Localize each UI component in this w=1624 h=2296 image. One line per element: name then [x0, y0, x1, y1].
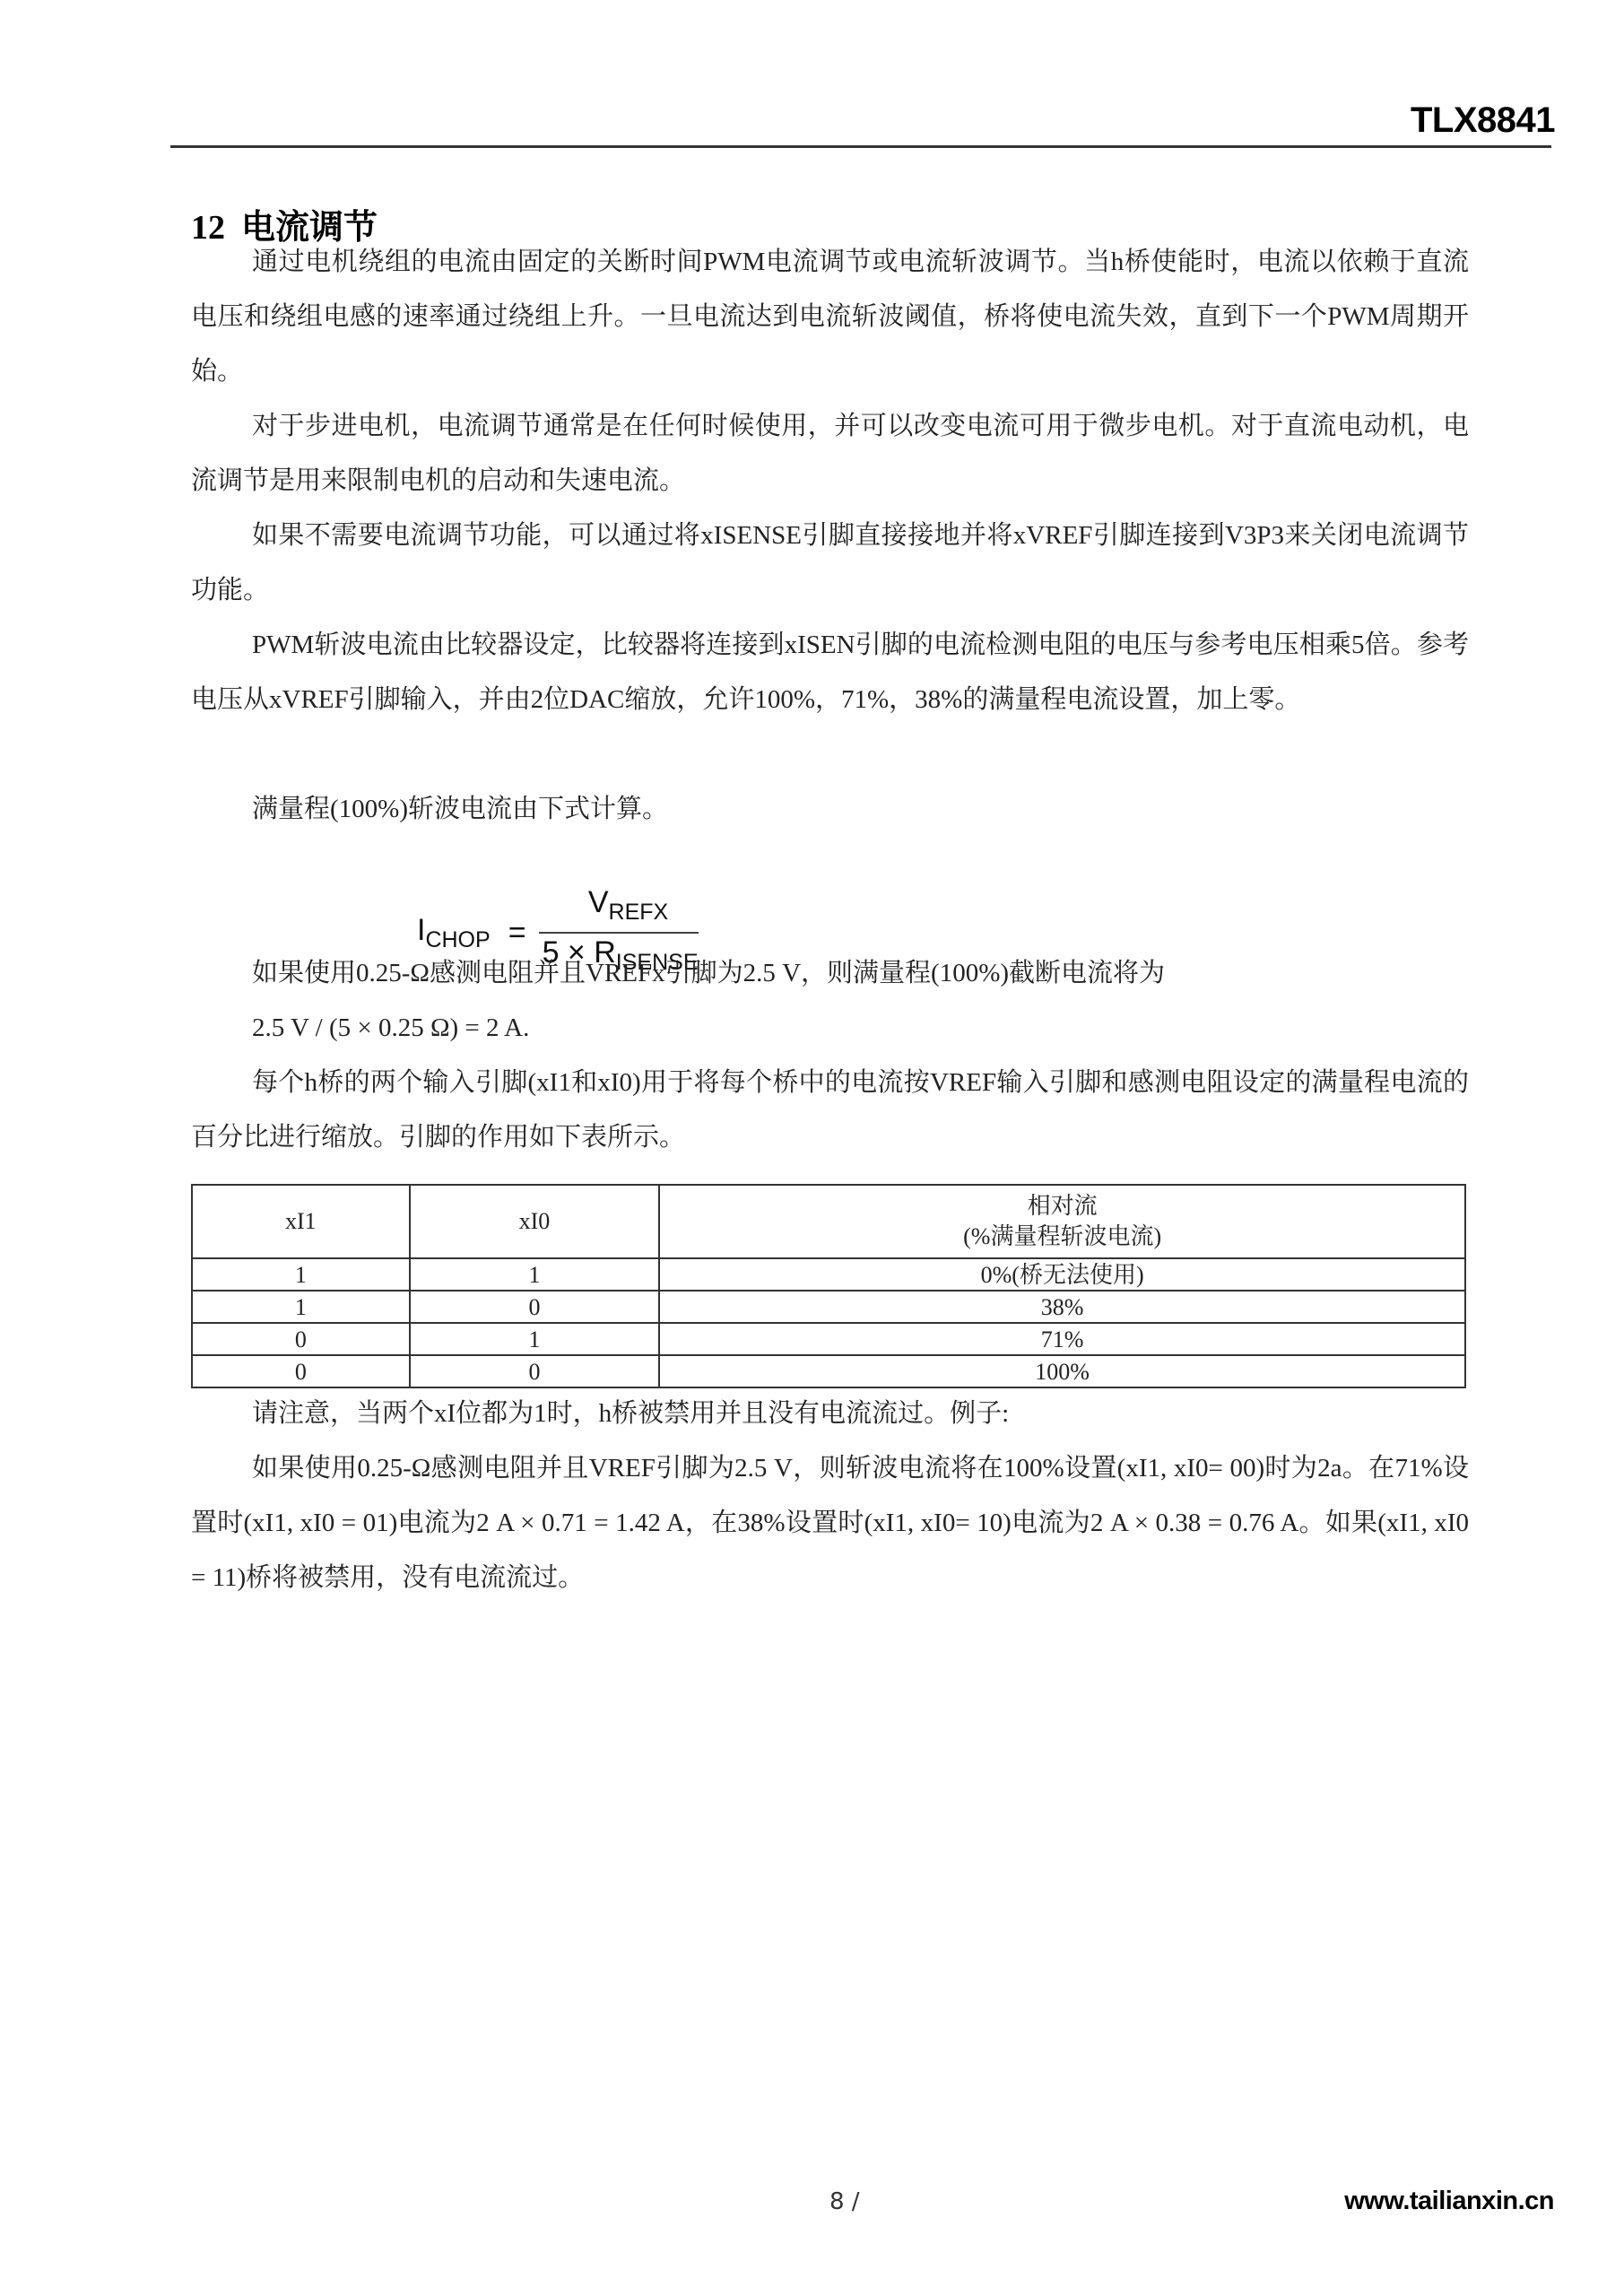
- paragraph-disable: 如果不需要电流调节功能，可以通过将xISENSE引脚直接接地并将xVREF引脚连…: [191, 509, 1469, 618]
- paragraph-example-sense: 如果使用0.25-Ω感测电阻并且VREFx引脚为2.5 V，则满量程(100%)…: [191, 946, 1469, 1001]
- cell-relative-current: 0%(桥无法使用): [659, 1258, 1465, 1291]
- paragraph-intro: 通过电机绕组的电流由固定的关断时间PWM电流调节或电流斩波调节。当h桥使能时，电…: [191, 235, 1469, 399]
- paragraph-example-calc: 2.5 V / (5 × 0.25 Ω) = 2 A.: [191, 1001, 1469, 1056]
- cell-xi1: 0: [192, 1323, 410, 1355]
- formula-equals: =: [508, 916, 526, 951]
- cell-xi0: 0: [410, 1355, 660, 1387]
- table-row: 0 0 100%: [192, 1355, 1465, 1387]
- cell-relative-current: 38%: [659, 1291, 1465, 1323]
- header-relative-current-line1: 相对流: [660, 1191, 1464, 1222]
- cell-xi1: 1: [192, 1258, 410, 1291]
- footer-website: www.tailianxin.cn: [1344, 2187, 1554, 2216]
- paragraph-formula-intro: 满量程(100%)斩波电流由下式计算。: [191, 782, 1469, 837]
- cell-xi0: 1: [410, 1323, 660, 1355]
- cell-relative-current: 71%: [659, 1323, 1465, 1355]
- header-relative-current-line2: (%满量程斩波电流): [660, 1222, 1464, 1252]
- cell-relative-current: 100%: [659, 1355, 1465, 1387]
- current-scaling-table: xI1 xI0 相对流 (%满量程斩波电流) 1 1 0%(桥无法使用) 1 0…: [191, 1184, 1466, 1388]
- header-xi1: xI1: [192, 1185, 410, 1258]
- paragraph-stepper: 对于步进电机，电流调节通常是在任何时候使用，并可以改变电流可用于微步电机。对于直…: [191, 399, 1469, 509]
- paragraph-note: 请注意，当两个xI位都为1时，h桥被禁用并且没有电流流过。例子:: [191, 1387, 1469, 1441]
- paragraph-input-pins: 每个h桥的两个输入引脚(xI1和xI0)用于将每个桥中的电流按VREF输入引脚和…: [191, 1056, 1469, 1165]
- paragraph-pwm-chopping: PWM斩波电流由比较器设定，比较器将连接到xISEN引脚的电流检测电阻的电压与参…: [191, 618, 1469, 727]
- cell-xi1: 1: [192, 1291, 410, 1323]
- document-header-product: TLX8841: [1411, 100, 1555, 141]
- table-header-row: xI1 xI0 相对流 (%满量程斩波电流): [192, 1185, 1465, 1258]
- cell-xi0: 1: [410, 1258, 660, 1291]
- formula-numerator: VREFX: [561, 884, 675, 932]
- table-row: 0 1 71%: [192, 1323, 1465, 1355]
- paragraph-chopping-example: 如果使用0.25-Ω感测电阻并且VREF引脚为2.5 V，则斩波电流将在100%…: [191, 1441, 1469, 1605]
- formula-numerator-sub: REFX: [609, 900, 669, 925]
- cell-xi0: 0: [410, 1291, 660, 1323]
- table-row: 1 1 0%(桥无法使用): [192, 1258, 1465, 1291]
- page-number: 8 /: [829, 2188, 860, 2215]
- table-row: 1 0 38%: [192, 1291, 1465, 1323]
- cell-xi1: 0: [192, 1355, 410, 1387]
- formula-numerator-main: V: [588, 885, 609, 919]
- header-xi0: xI0: [410, 1185, 660, 1258]
- header-relative-current: 相对流 (%满量程斩波电流): [659, 1185, 1465, 1258]
- header-divider: [170, 145, 1551, 148]
